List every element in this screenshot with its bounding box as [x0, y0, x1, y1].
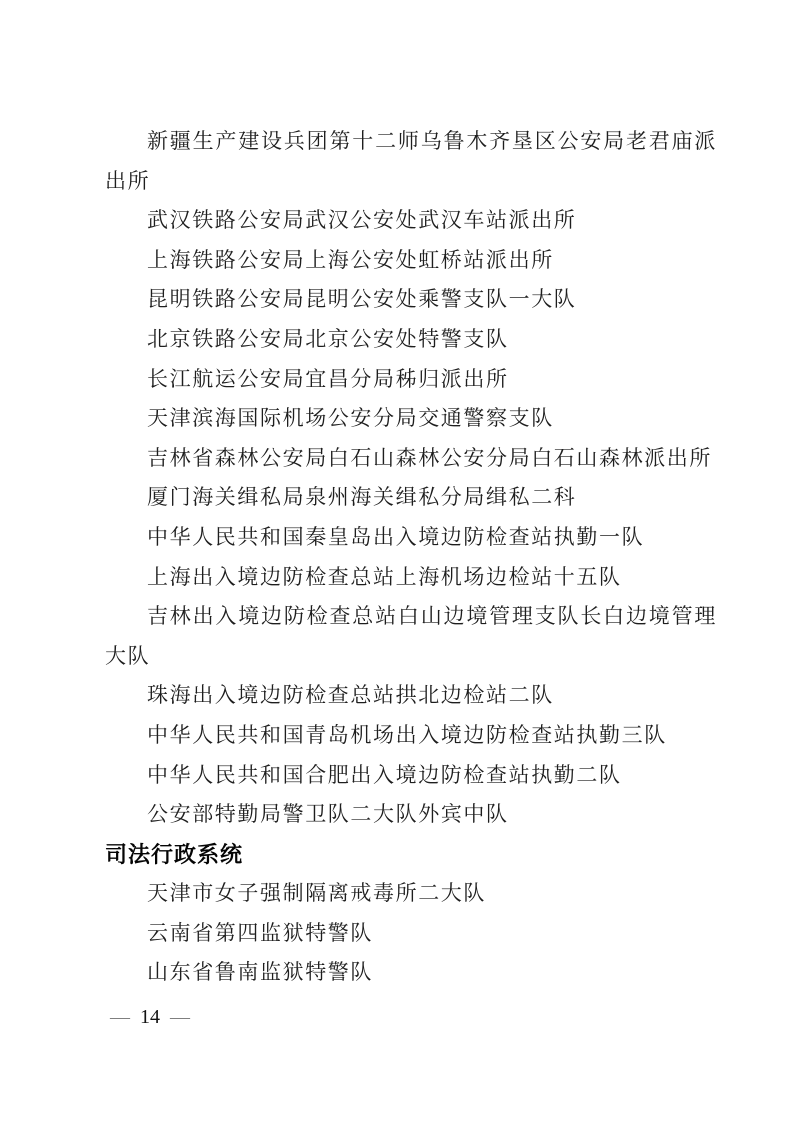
- section-heading: 司法行政系统: [105, 835, 717, 875]
- list-item: 珠海出入境边防检查总站拱北边检站二队: [105, 676, 717, 716]
- page-number-dash-right: —: [170, 1006, 190, 1029]
- list-item: 北京铁路公安局北京公安处特警支队: [105, 320, 717, 360]
- list-item: 中华人民共和国青岛机场出入境边防检查站执勤三队: [105, 716, 717, 756]
- list-item: 厦门海关缉私局泉州海关缉私分局缉私二科: [105, 478, 717, 518]
- list-item: 吉林省森林公安局白石山森林公安分局白石山森林派出所: [105, 439, 717, 479]
- list-item: 武汉铁路公安局武汉公安处武汉车站派出所: [105, 201, 717, 241]
- list-item: 天津滨海国际机场公安分局交通警察支队: [105, 399, 717, 439]
- list-item: 山东省鲁南监狱特警队: [105, 953, 717, 993]
- list-item: 天津市女子强制隔离戒毒所二大队: [105, 874, 717, 914]
- list-item: 公安部特勤局警卫队二大队外宾中队: [105, 795, 717, 835]
- list-item: 吉林出入境边防检查总站白山边境管理支队长白边境管理大队: [105, 597, 717, 676]
- list-item: 上海出入境边防检查总站上海机场边检站十五队: [105, 558, 717, 598]
- list-item: 云南省第四监狱特警队: [105, 914, 717, 954]
- list-item: 中华人民共和国秦皇岛出入境边防检查站执勤一队: [105, 518, 717, 558]
- list-item: 新疆生产建设兵团第十二师乌鲁木齐垦区公安局老君庙派出所: [105, 122, 717, 201]
- list-item: 昆明铁路公安局昆明公安处乘警支队一大队: [105, 280, 717, 320]
- list-item: 长江航运公安局宜昌分局秭归派出所: [105, 360, 717, 400]
- document-page: 新疆生产建设兵团第十二师乌鲁木齐垦区公安局老君庙派出所 武汉铁路公安局武汉公安处…: [0, 0, 793, 1122]
- list-item: 中华人民共和国合肥出入境边防检查站执勤二队: [105, 756, 717, 796]
- page-number-dash-left: —: [110, 1006, 130, 1029]
- document-body: 新疆生产建设兵团第十二师乌鲁木齐垦区公安局老君庙派出所 武汉铁路公安局武汉公安处…: [105, 122, 717, 993]
- list-item: 上海铁路公安局上海公安处虹桥站派出所: [105, 241, 717, 281]
- page-number-value: 14: [140, 1006, 160, 1029]
- page-number: — 14 —: [110, 1003, 190, 1031]
